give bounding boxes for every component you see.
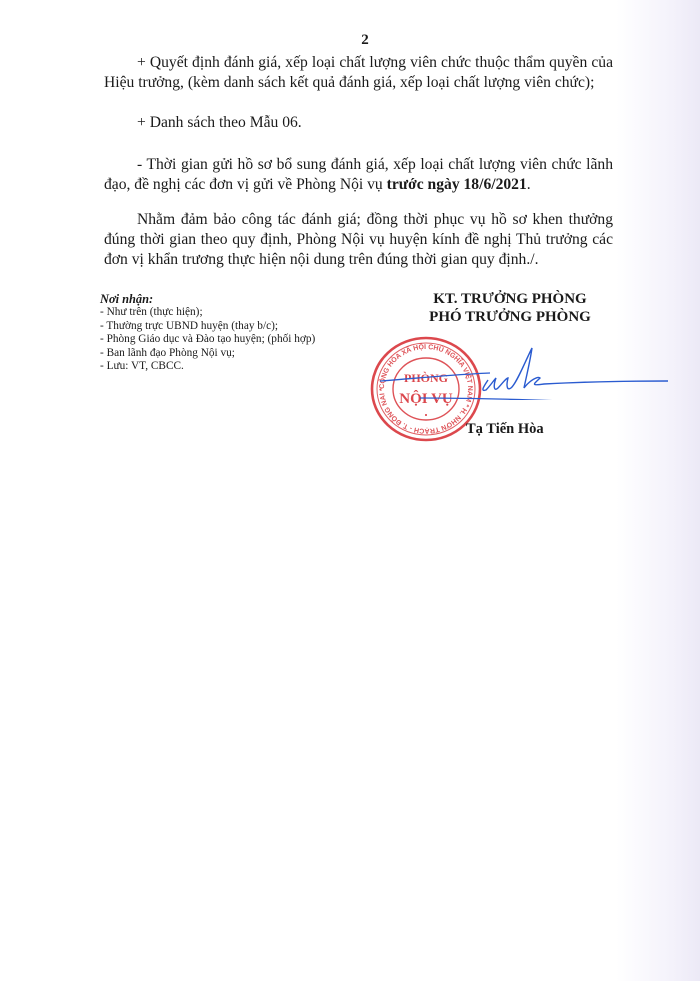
deadline-end: . [527,176,531,193]
recipient-item: - Lưu: VT, CBCC. [100,360,315,373]
paragraph-text: + Danh sách theo Mẫu 06. [104,113,613,133]
deadline-text: - Thời gian gửi hồ sơ bổ sung đánh giá, … [104,156,613,193]
recipients-block: Nơi nhận: - Như trên (thực hiện); - Thườ… [100,293,315,373]
paragraph-deadline: - Thời gian gửi hồ sơ bổ sung đánh giá, … [104,155,613,195]
paragraph-text: + Quyết định đánh giá, xếp loại chất lượ… [104,53,613,93]
recipient-item: - Như trên (thực hiện); [100,306,315,319]
paragraph-text: - Thời gian gửi hồ sơ bổ sung đánh giá, … [104,155,613,195]
paragraph-text: Nhằm đảm bảo công tác đánh giá; đồng thờ… [104,210,613,270]
paragraph-list-form: + Danh sách theo Mẫu 06. [104,113,613,133]
recipient-item: - Phòng Giáo dục và Đào tạo huyện; (phối… [100,333,315,346]
page-number: 2 [0,32,700,49]
recipient-item: - Thường trực UBND huyện (thay b/c); [100,320,315,333]
handwritten-signature-icon [380,340,670,400]
recipients-list: - Như trên (thực hiện); - Thường trực UB… [100,306,315,373]
deadline-date: trước ngày 18/6/2021 [387,176,527,193]
signer-name: Tạ Tiến Hòa [466,421,544,438]
signature-block: KT. TRƯỞNG PHÒNG PHÓ TRƯỞNG PHÒNG [380,290,640,326]
recipients-title: Nơi nhận: [100,293,315,306]
paragraph-decision: + Quyết định đánh giá, xếp loại chất lượ… [104,53,613,93]
paragraph-closing: Nhằm đảm bảo công tác đánh giá; đồng thờ… [104,210,613,270]
signature-title-line1: KT. TRƯỞNG PHÒNG [380,290,640,308]
signature-title-line2: PHÓ TRƯỞNG PHÒNG [380,308,640,326]
recipient-item: - Ban lãnh đạo Phòng Nội vụ; [100,347,315,360]
